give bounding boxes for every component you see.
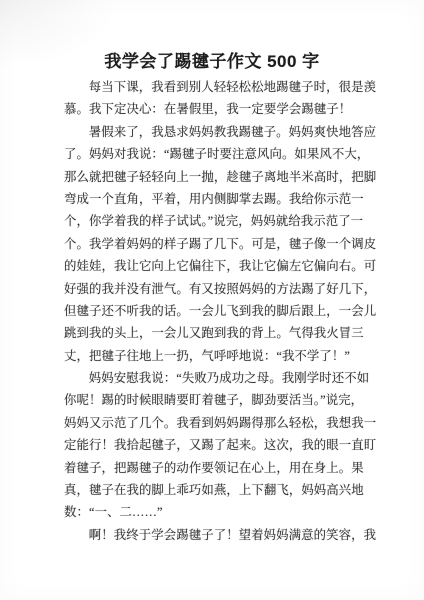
essay-line: 定能行！我拾起毽子，又踢了起来。这次，我的眼一直盯 bbox=[64, 434, 376, 456]
essay-line: 那么就把毽子轻轻向上一抛，趁毽子离地半米高时，把脚 bbox=[64, 166, 376, 188]
essay-line: 弯成一个直角，平着，用内侧脚掌去踢。我给你示范一 bbox=[64, 188, 376, 210]
essay-line: 丈，把毽子往地上一扔，气呼呼地说：“我不学了！” bbox=[64, 345, 376, 367]
essay-line: 但毽子还不听我的话。一会儿飞到我的脚后跟上，一会儿 bbox=[64, 300, 376, 322]
essay-line: 真，毽子在我的脚上乖巧如燕，上下翻飞，妈妈高兴地 bbox=[64, 479, 376, 501]
essay-line: 暑假来了，我恳求妈妈教我踢毽子。妈妈爽快地答应 bbox=[64, 121, 376, 143]
essay-line: 慕。我下定决心：在暑假里，我一定要学会踢毽子！ bbox=[64, 98, 376, 120]
essay-line: 着毽子，把踢毽子的动作要领记在心上，用在身上。果 bbox=[64, 457, 376, 479]
essay-line: 数：“一、二……” bbox=[64, 501, 376, 523]
essay-line: 的娃娃，我让它向上它偏往下，我让它偏左它偏向右。可 bbox=[64, 255, 376, 277]
essay-line: 你呢！踢的时候眼睛要盯着毽子，脚劲要活当。”说完， bbox=[64, 389, 376, 411]
essay-line: 了。妈妈对我说：“踢毽子时要注意风向。如果风不大， bbox=[64, 143, 376, 165]
essay-line: 啊！我终于学会踢毽子了！望着妈妈满意的笑容，我 bbox=[64, 524, 376, 546]
essay-line: 个，你学着我的样子试试。”说完，妈妈就给我示范了一 bbox=[64, 210, 376, 232]
document-page: 我学会了踢毽子作文 500 字 每当下课，我看到别人轻轻松松地踢毽子时，很是羡 … bbox=[0, 0, 424, 600]
essay-line: 个。我学着妈妈的样子踢了几下。可是，毽子像一个调皮 bbox=[64, 233, 376, 255]
essay-line: 好强的我并没有泄气。有又按照妈妈的方法踢了好几下， bbox=[64, 278, 376, 300]
essay-line: 每当下课，我看到别人轻轻松松地踢毽子时，很是羡 bbox=[64, 76, 376, 98]
essay-body: 每当下课，我看到别人轻轻松松地踢毽子时，很是羡 慕。我下定决心：在暑假里，我一定… bbox=[64, 76, 376, 546]
essay-line: 妈妈又示范了几个。我看到妈妈踢得那么轻松，我想我一 bbox=[64, 412, 376, 434]
essay-title: 我学会了踢毽子作文 500 字 bbox=[0, 0, 424, 74]
essay-line: 妈妈安慰我说：“失败乃成功之母。我刚学时还不如 bbox=[64, 367, 376, 389]
essay-line: 跳到我的头上，一会儿又跑到我的背上。气得我火冒三 bbox=[64, 322, 376, 344]
